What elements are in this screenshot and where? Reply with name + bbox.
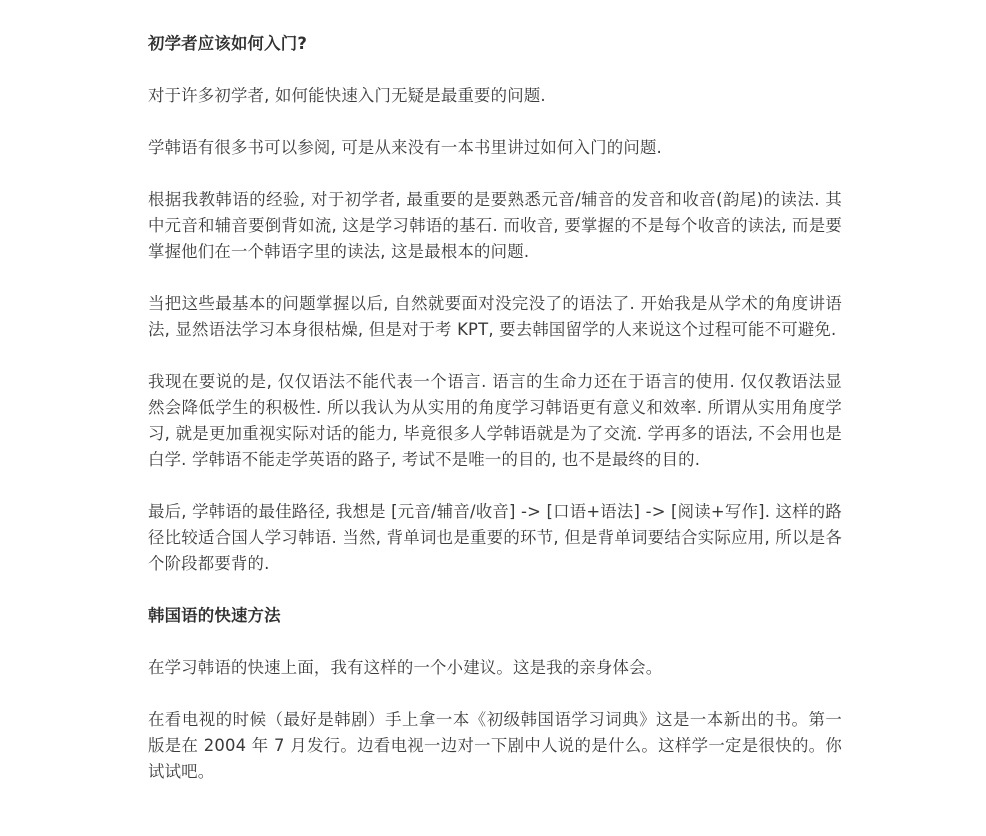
section-heading-fast-method: 韩国语的快速方法 (148, 603, 842, 629)
section-heading-getting-started: 初学者应该如何入门? (148, 31, 842, 57)
paragraph: 对于许多初学者, 如何能快速入门无疑是最重要的问题. (148, 83, 842, 109)
paragraph: 最后, 学韩语的最佳路径, 我想是 [元音/辅音/收音] -> [口语+语法] … (148, 499, 842, 577)
paragraph: 当把这些最基本的问题掌握以后, 自然就要面对没完没了的语法了. 开始我是从学术的… (148, 291, 842, 343)
paragraph: 在看电视的时候（最好是韩剧）手上拿一本《初级韩国语学习词典》这是一本新出的书。第… (148, 707, 842, 785)
article-body: 初学者应该如何入门? 对于许多初学者, 如何能快速入门无疑是最重要的问题. 学韩… (148, 31, 842, 785)
paragraph: 在学习韩语的快速上面，我有这样的一个小建议。这是我的亲身体会。 (148, 655, 842, 681)
paragraph: 学韩语有很多书可以参阅, 可是从来没有一本书里讲过如何入门的问题. (148, 135, 842, 161)
paragraph: 我现在要说的是, 仅仅语法不能代表一个语言. 语言的生命力还在于语言的使用. 仅… (148, 369, 842, 473)
paragraph: 根据我教韩语的经验, 对于初学者, 最重要的是要熟悉元音/辅音的发音和收音(韵尾… (148, 187, 842, 265)
